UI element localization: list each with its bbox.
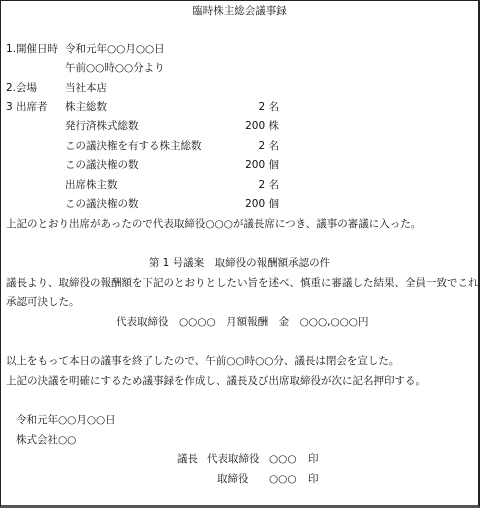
company-name: 株式会社○○ <box>16 433 76 447</box>
compensation-line: 代表取締役 ○○○○ 月額報酬 金 ○○○,○○○円 <box>116 315 368 329</box>
attendance-label: この議決権の数 <box>65 197 139 211</box>
attendance-number: 2 名 <box>211 139 279 153</box>
seal-mark: 印 <box>308 452 319 466</box>
agenda-heading: 第 1 号議案 取締役の報酬額承認の件 <box>1 256 478 270</box>
attendance-label: 株主総数 <box>65 100 107 114</box>
closing-line1: 以上をもって本日の議事を終了したので、午前○○時○○分、議長は閉会を宣した。 <box>6 354 399 368</box>
signature-role: 議長 <box>177 452 198 466</box>
document-date: 令和元年○○月○○日 <box>16 413 116 427</box>
signature-title: 取締役 <box>217 472 249 486</box>
document-page: 臨時株主総会議事録 1.開催日時 令和元年○○月○○日 午前○○時○○分より 2… <box>0 0 480 508</box>
attendance-number: 200 株 <box>211 119 279 133</box>
signature-name: ○○○ <box>269 452 297 466</box>
signature-title: 代表取締役 <box>207 452 260 466</box>
attendance-number: 2 名 <box>211 100 279 114</box>
item-value-time: 午前○○時○○分より <box>65 61 165 75</box>
attendance-label: この議決権を有する株主総数 <box>65 139 202 153</box>
attendance-number: 200 個 <box>211 197 279 211</box>
attendance-number: 200 個 <box>211 158 279 172</box>
item-label-venue: 2.会場 <box>6 81 37 95</box>
attendance-label: この議決権の数 <box>65 158 139 172</box>
item-label-attendees: 3 出席者 <box>6 100 48 114</box>
opening-paragraph: 上記のとおり出席があったので代表取締役○○○が議長席につき、議事の審議に入った。 <box>6 217 421 231</box>
item-value-venue: 当社本店 <box>65 81 107 95</box>
attendance-label: 出席株主数 <box>65 178 118 192</box>
seal-mark: 印 <box>308 472 319 486</box>
item-value-date: 令和元年○○月○○日 <box>65 42 165 56</box>
attendance-number: 2 名 <box>211 178 279 192</box>
agenda-body-line2: 承認可決した。 <box>6 295 80 309</box>
agenda-body-line1: 議長より、取締役の報酬額を下記のとおりとしたい旨を述べ、慎重に審議した結果、全員… <box>6 276 480 290</box>
signature-name: ○○○ <box>269 472 297 486</box>
document-title: 臨時株主総会議事録 <box>1 4 478 18</box>
attendance-label: 発行済株式総数 <box>65 119 139 133</box>
item-label-date: 1.開催日時 <box>6 42 58 56</box>
closing-line2: 上記の決議を明確にするため議事録を作成し、議長及び出席取締役が次に記名押印する。 <box>6 374 426 388</box>
